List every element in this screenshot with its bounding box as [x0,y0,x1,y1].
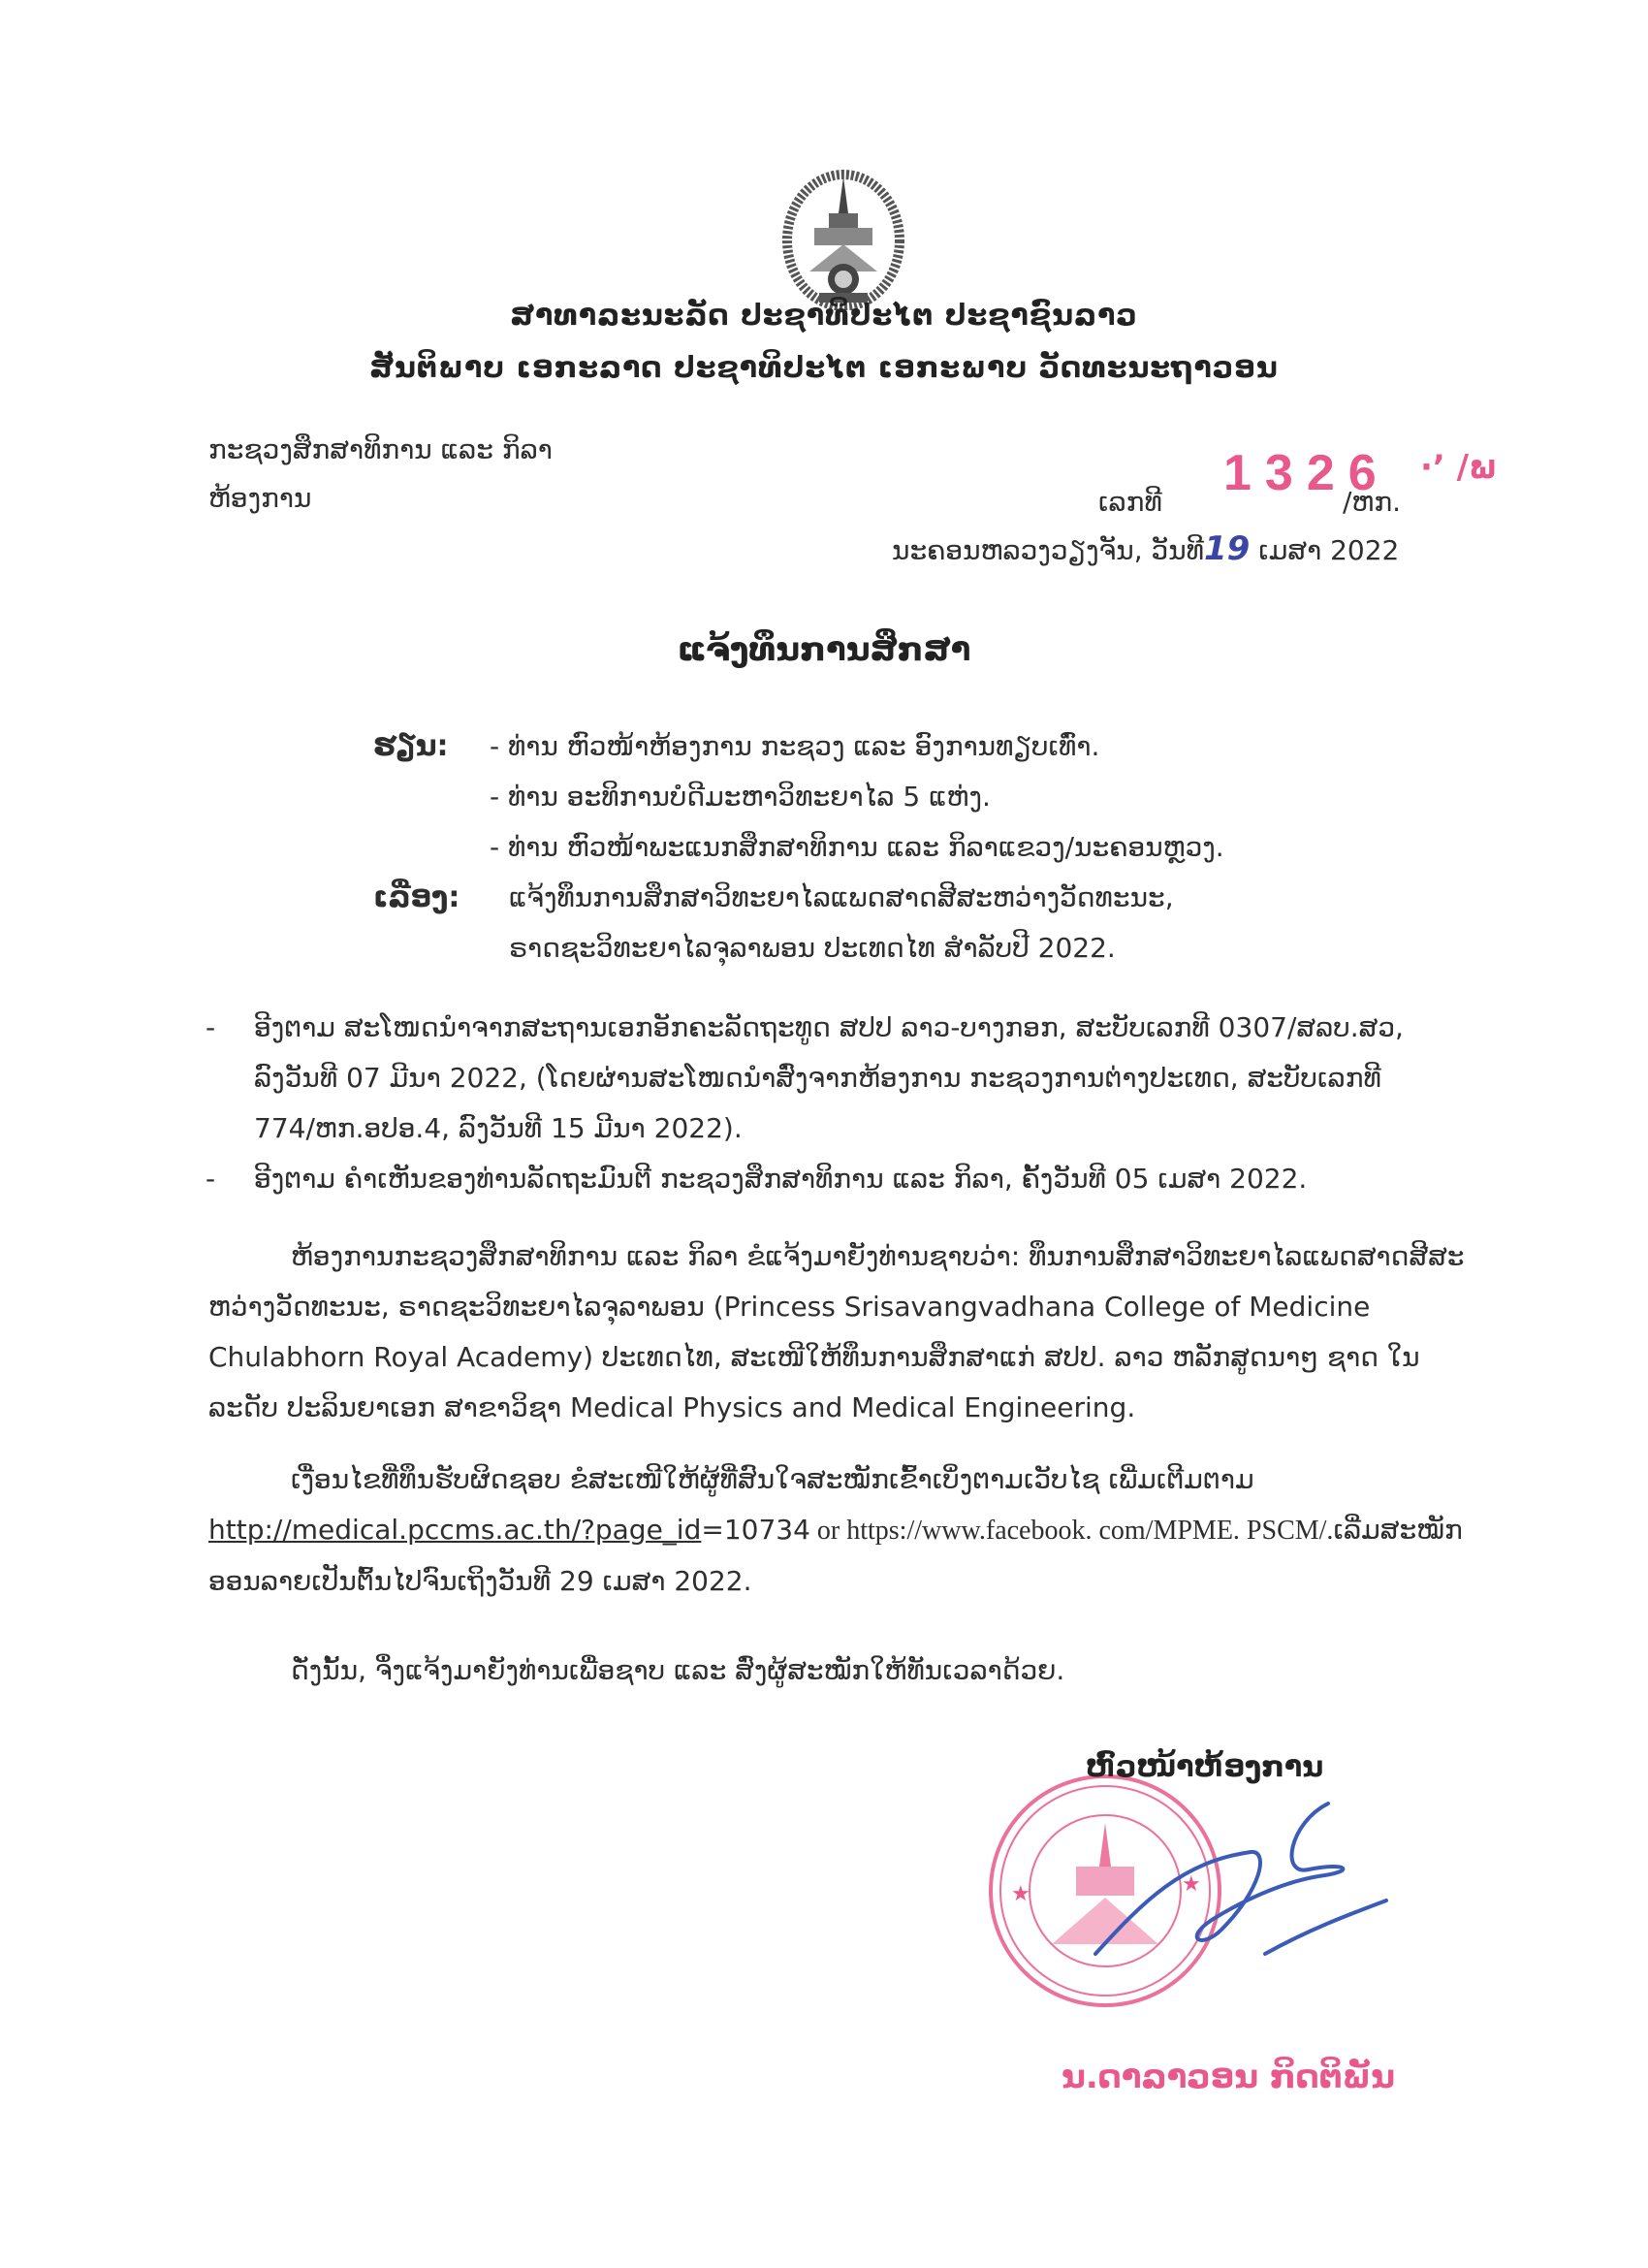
recipient-item: - ທ່ານ ຫົວໜ້າພະແນກສຶກສາທິການ ແລະ ກິລາແຂວ… [490,828,1224,867]
date-day-handwritten: 19 [1204,529,1250,568]
subject-label: ເລື່ອງ: [373,878,460,917]
reference-number-suffix: /ຫກ. [1343,483,1401,522]
reference-line: ລົງວັນທີ 07 ມີນາ 2022, (ໂດຍຜ່ານສະໂໜດນໍາສ… [254,1059,1381,1098]
date-prefix: ນະຄອນຫລວງວຽງຈັນ, ວັນທີ [892,534,1204,566]
document-date: ນະຄອນຫລວງວຽງຈັນ, ວັນທີ19 ເມສາ 2022 [892,529,1399,570]
reference-line: 774/ຫກ.ອປອ.4, ລົງວັນທີ 15 ມີນາ 2022). [254,1109,743,1148]
date-suffix: ເມສາ 2022 [1258,534,1399,566]
subject-line: ຣາດຊະວິທະຍາໄລຈຸລາພອນ ປະເທດໄທ ສໍາລັບປີ 20… [509,929,1116,968]
reference-line: ອີງຕາມ ສະໂໜດນໍາຈາກສະຖານເອກອັກຄະລັດຖະທູດ … [254,1008,1404,1047]
reference-number-label: ເລກທີ [1098,483,1162,522]
recipient-item: - ທ່ານ ອະທິການບໍດີມະຫາວິທະຍາໄລ 5 ແຫ່ງ. [490,778,991,816]
reference-line: ອີງຕາມ ຄໍາເຫັນຂອງທ່ານລັດຖະມົນຕີ ກະຊວງສຶກ… [254,1160,1307,1198]
reference-number-stamp-extra: ·’ /ພ [1420,448,1498,487]
facebook-page-text: or https://www.facebook. com/MPME. PSCM/… [810,1516,1334,1546]
national-motto-heading: ສັນຕິພາບ ເອກະລາດ ປະຊາທິປະໄຕ ເອກະພາບ ວັດທ… [0,351,1648,385]
reference-bullet: - [206,1160,215,1198]
signatory-title: ຫົວໜ້າຫ້ອງການ [1086,1750,1323,1784]
document-title: ແຈ້ງທຶນການສຶກສາ [0,630,1648,669]
body-paragraph-application: ເງື່ອນໄຂທີ່ທຶນຮັບຜິດຊອບ ຂໍສະເໜີໃຫ້ຜູ້ທີ່… [208,1454,1469,1607]
scholarship-website-link[interactable]: http://medical.pccms.ac.th/?page_id [208,1514,701,1546]
recipient-item: - ທ່ານ ຫົວໜ້າຫ້ອງການ ກະຊວງ ແລະ ອົງການທຽບ… [490,727,1099,766]
subject-line: ແຈ້ງທຶນການສຶກສາວິທະຍາໄລແພດສາດສີສະຫວ່າງວັ… [509,878,1174,917]
reference-bullet: - [206,1008,215,1047]
lao-national-emblem-icon [771,165,916,310]
sender-ministry: ກະຊວງສຶກສາທິການ ແລະ ກິລາ [208,431,553,469]
sender-office: ຫ້ອງການ [208,479,311,518]
body-paragraph-announcement: ຫ້ອງການກະຊວງສຶກສາທິການ ແລະ ກິລາ ຂໍແຈ້ງມາ… [208,1231,1469,1433]
svg-text:★: ★ [1011,1882,1030,1906]
signer-name-stamp: ນ.ດາລາວອນ ກິດຕິພັນ [1062,2058,1395,2096]
recipients-label: ຮຽນ: [373,727,449,766]
country-name-heading: ສາທາລະນະລັດ ປະຊາທິປະໄຕ ປະຊາຊົນລາວ [0,299,1648,333]
body-paragraph-closing: ດັ່ງນັ້ນ, ຈຶ່ງແຈ້ງມາຍັງທ່ານເພື່ອຊາບ ແລະ … [208,1645,1469,1696]
handwritten-signature [1066,1784,1415,1978]
